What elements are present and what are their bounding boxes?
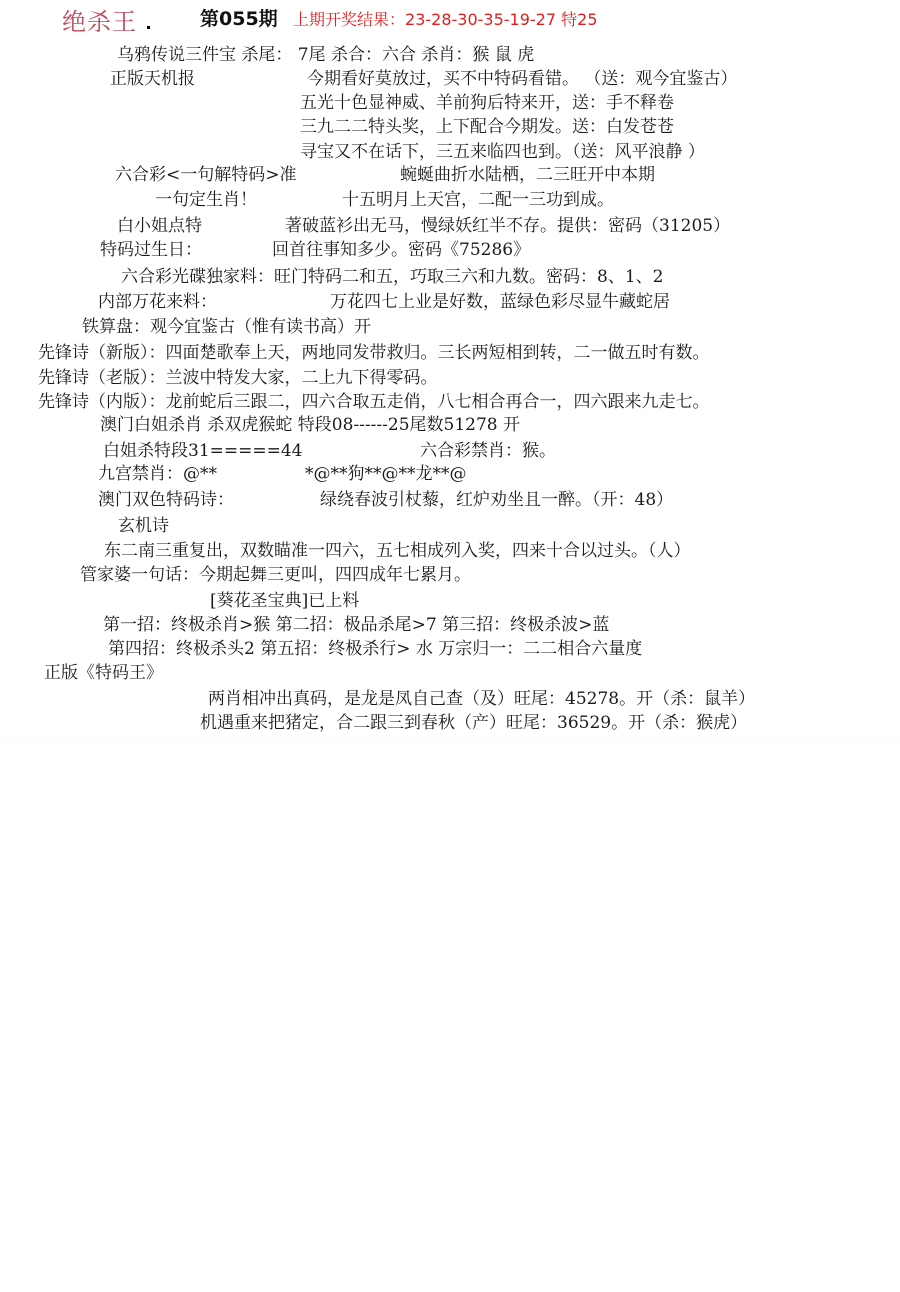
text-line: 寻宝又不在话下，三五来临四也到。（送：风平浪静 ）: [300, 141, 705, 163]
page-divider: [0, 738, 900, 739]
text-line: 绿绕春波引杖藜，红炉劝坐且一醉。（开：48）: [320, 489, 673, 511]
text-line: 铁算盘：观今宜鉴古（惟有读书高）开: [82, 316, 371, 338]
text-line: 两肖相冲出真码，是龙是凤自己查（及）旺尾：45278。开（杀：鼠羊）: [208, 688, 755, 710]
text-line: 三九二二特头奖，上下配合今期发。送：白发苍苍: [300, 116, 674, 138]
text-line: 先锋诗（新版）：四面楚歌奉上天，两地同发带救归。三长两短相到转，二一做五时有数。: [38, 342, 710, 364]
text-line: 正版《特码王》: [44, 662, 163, 684]
text-line: 玄机诗: [118, 515, 169, 537]
text-line: 先锋诗（内版）：龙前蛇后三跟二，四六合取五走俏，八七相合再合一，四六跟来九走七。: [38, 391, 710, 413]
text-line: 万花四七上业是好数，蓝绿色彩尽显牛藏蛇居: [330, 291, 670, 313]
text-line: 澳门白姐杀肖 杀双虎猴蛇 特段08------25尾数51278 开: [100, 414, 520, 436]
text-line: 特码过生日：: [100, 239, 202, 261]
text-line: 九宫禁肖：@**: [98, 463, 217, 485]
last-result-label: 上期开奖结果：: [293, 10, 405, 29]
text-line: 白姐杀特段31=====44: [103, 440, 302, 462]
text-line: 白小姐点特: [117, 215, 202, 237]
text-line: 今期看好莫放过，买不中特码看错。 （送：观今宜鉴古）: [307, 68, 737, 90]
text-line: 六合彩光碟独家料：旺门特码二和五，巧取三六和九数。密码：8、1、2: [121, 266, 663, 288]
text-line: 五光十色显神威、羊前狗后特来开，送：手不释卷: [300, 92, 674, 114]
text-line: 一句定生肖！: [155, 189, 257, 211]
decorative-dot: [147, 26, 150, 29]
last-draw-result: 上期开奖结果：23-28-30-35-19-27 特25: [293, 7, 598, 30]
text-line: 管家婆一句话：今期起舞三更叫，四四成年七累月。: [80, 564, 471, 586]
text-line: 著破蓝衫出无马，慢绿妖红半不存。提供：密码（31205）: [285, 215, 730, 237]
text-line: 蜿蜒曲折水陆栖，二三旺开中本期: [400, 164, 655, 186]
text-line: 内部万花来料：: [98, 291, 217, 313]
text-line: 六合彩禁肖：猴。: [420, 440, 556, 462]
issue-number: 第055期: [200, 4, 278, 31]
logo-title: 绝杀王: [62, 2, 137, 37]
text-line: 乌鸦传说三件宝 杀尾： 7尾 杀合：六合 杀肖：猴 鼠 虎: [117, 44, 534, 66]
text-line: 东二南三重复出，双数瞄准一四六，五七相成列入奖，四来十合以过头。（人）: [104, 540, 691, 562]
text-line: 正版天机报: [110, 68, 195, 90]
text-line: 机遇重来把猪定，合二跟三到春秋（产）旺尾：36529。开（杀：猴虎）: [200, 712, 747, 734]
special-number: 特25: [561, 10, 597, 29]
last-result-numbers: 23-28-30-35-19-27: [405, 10, 556, 29]
text-line: 十五明月上天宫，二配一三功到成。: [342, 189, 614, 211]
text-line: 第四招：终极杀头2 第五招：终极杀行> 水 万宗归一：二二相合六量度: [108, 638, 642, 660]
text-line: 先锋诗（老版）：兰波中特发大家，二上九下得零码。: [38, 367, 438, 389]
text-line: *@**狗**@**龙**@: [305, 463, 467, 485]
text-line: 澳门双色特码诗：: [98, 489, 234, 511]
text-line: 回首往事知多少。密码《75286》: [272, 239, 530, 261]
text-line: 第一招：终极杀肖>猴 第二招：极品杀尾>7 第三招：终极杀波>蓝: [103, 614, 609, 636]
text-line: [葵花圣宝典]已上料: [210, 590, 359, 612]
text-line: 六合彩<一句解特码>准: [115, 164, 297, 186]
